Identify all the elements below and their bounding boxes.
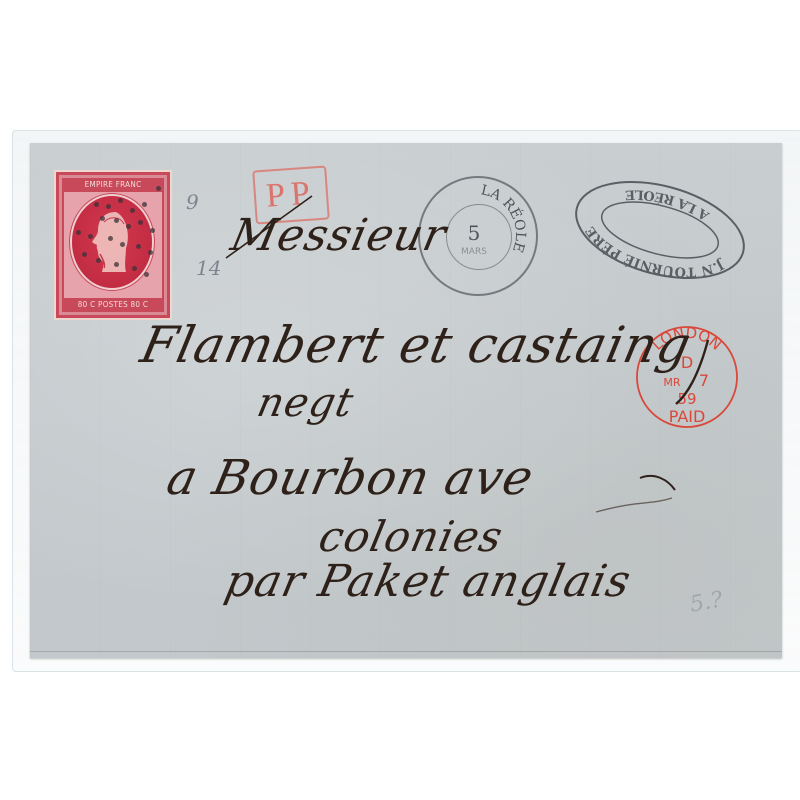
svg-text:59: 59 [677, 390, 696, 408]
svg-text:7: 7 [699, 371, 709, 390]
pencil-note-14: 14 [196, 256, 221, 280]
address-line-destination: a Bourbon ave [162, 450, 539, 506]
svg-text:PAID: PAID [669, 407, 706, 426]
address-line-salutation: Messieur [227, 210, 452, 261]
svg-text:MARS: MARS [461, 247, 487, 257]
tournie-oval-cachet: J.N TOURNIÉ PÈRE A LA RÉOLE [568, 178, 753, 283]
address-line-route: par Paket anglais [221, 556, 636, 607]
stamp-bottom-label: 80 C POSTES 80 C [62, 298, 164, 312]
svg-text:MR: MR [663, 376, 680, 389]
postage-stamp: EMPIRE FRANC 80 C POSTES 80 C [54, 170, 172, 320]
emperor-portrait-icon [86, 208, 132, 274]
address-line-addressee: Flambert et castaing [136, 316, 697, 374]
stamp-top-label: EMPIRE FRANC [62, 178, 164, 192]
svg-text:5: 5 [468, 221, 481, 245]
pencil-note-9: 9 [186, 190, 199, 214]
address-line-title: negt [253, 380, 358, 426]
svg-text:J.N TOURNIÉ PÈRE: J.N TOURNIÉ PÈRE [577, 220, 730, 283]
address-line-colonies: colonies [315, 512, 508, 561]
